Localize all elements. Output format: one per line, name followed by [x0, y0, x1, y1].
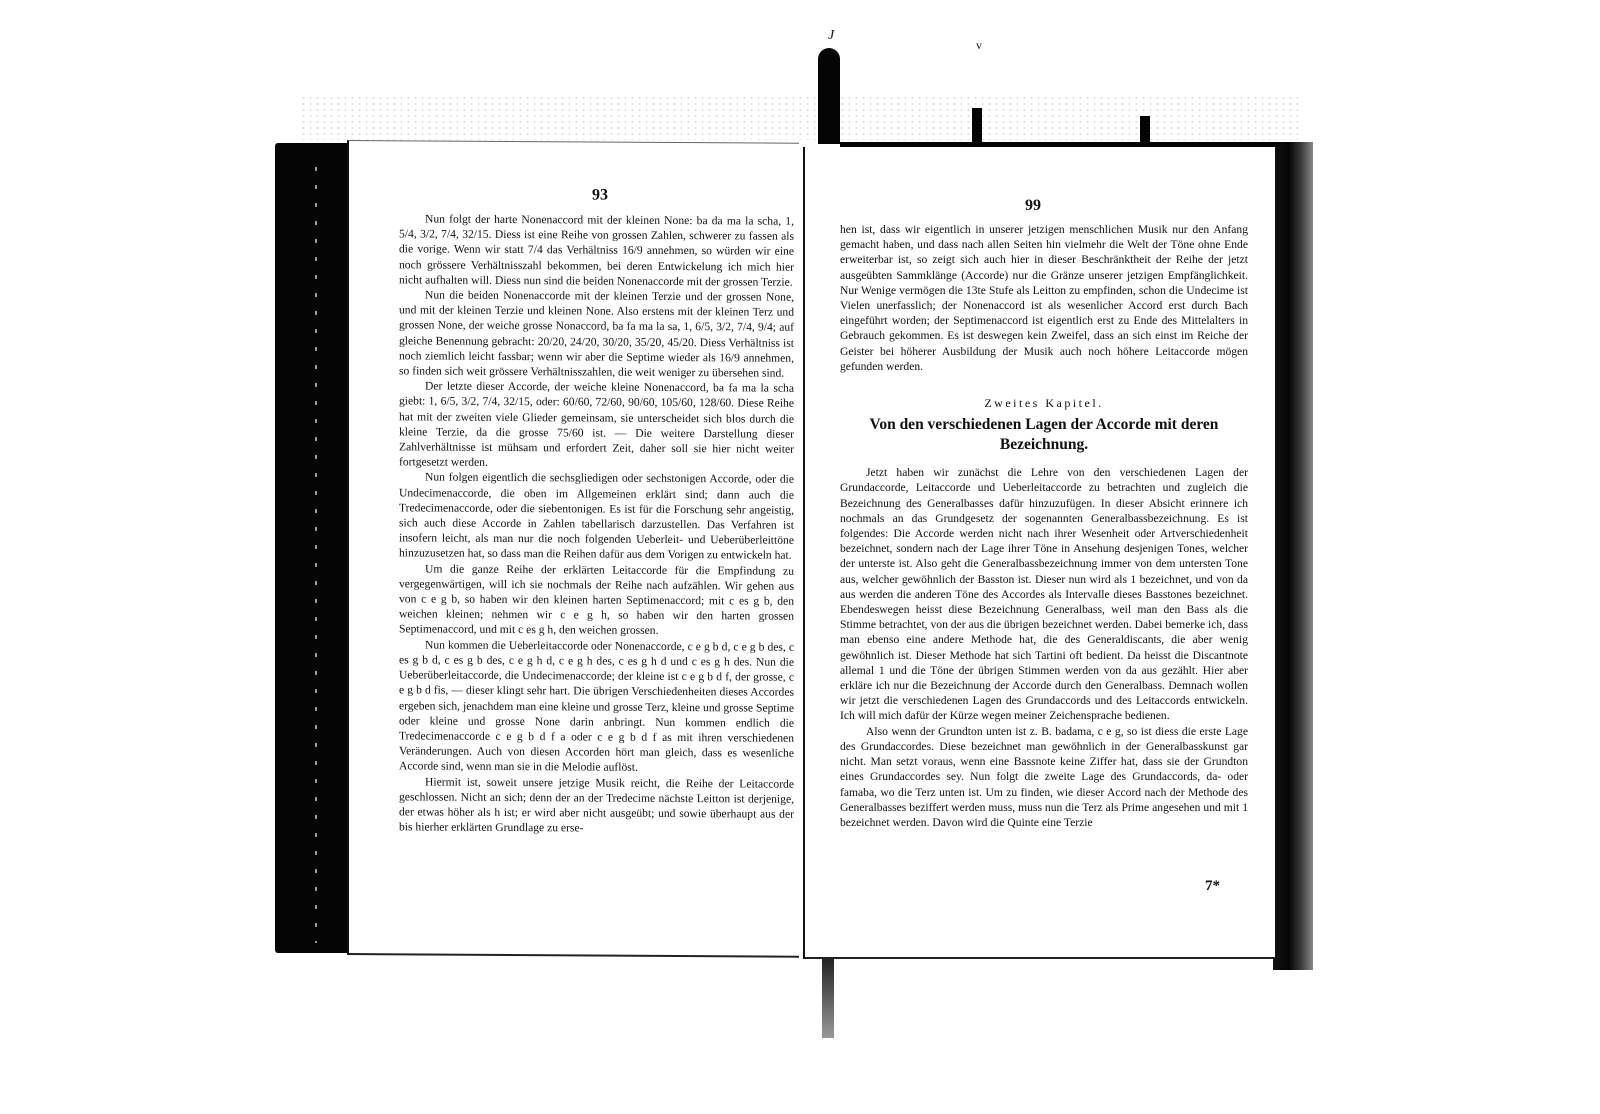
scan-noise-fringe — [300, 95, 1300, 140]
edge-highlight — [315, 153, 317, 943]
paragraph: Hiermit ist, soweit unsere jetzige Musik… — [399, 774, 794, 837]
book-spine-bottom — [822, 958, 834, 1038]
paragraph: Jetzt haben wir zunächst die Lehre von d… — [840, 465, 1248, 723]
paragraph: Der letzte dieser Accorde, der weiche kl… — [399, 379, 794, 473]
chapter-label: Zweites Kapitel. — [840, 396, 1248, 411]
paragraph: Um die ganze Reihe der erklärten Leitacc… — [399, 561, 794, 639]
page-tab-marker — [972, 108, 982, 144]
right-page-number: 99 — [1025, 197, 1041, 215]
paragraph: Nun die beiden Nonenaccorde mit der klei… — [399, 287, 794, 381]
book-edge-right — [1273, 142, 1313, 970]
paragraph: Nun folgt der harte Nonenaccord mit der … — [399, 211, 794, 289]
left-page-number: 93 — [592, 186, 608, 204]
spine-mark: J — [828, 28, 834, 44]
paragraph: hen ist, dass wir eigentlich in unserer … — [840, 222, 1248, 374]
signature-mark: 7* — [1205, 878, 1220, 895]
right-page-body: hen ist, dass wir eigentlich in unserer … — [840, 222, 1248, 830]
chapter-title: Von den verschiedenen Lagen der Accorde … — [840, 415, 1248, 455]
book-edge-left — [275, 143, 347, 953]
right-page: 99 hen ist, dass wir eigentlich in unser… — [803, 147, 1275, 959]
paragraph: Also wenn der Grundton unten ist z. B. b… — [840, 724, 1248, 830]
paragraph: Nun folgen eigentlich die sechsgliedigen… — [399, 470, 794, 564]
left-page: 93 Nun folgt der harte Nonenaccord mit d… — [347, 140, 799, 958]
paragraph: Nun kommen die Ueberleitaccorde oder Non… — [399, 637, 794, 776]
left-page-body: Nun folgt der harte Nonenaccord mit der … — [399, 211, 794, 837]
page-tab-marker — [1140, 116, 1150, 144]
book-spine-top — [818, 48, 840, 144]
top-mark: v — [976, 38, 982, 53]
